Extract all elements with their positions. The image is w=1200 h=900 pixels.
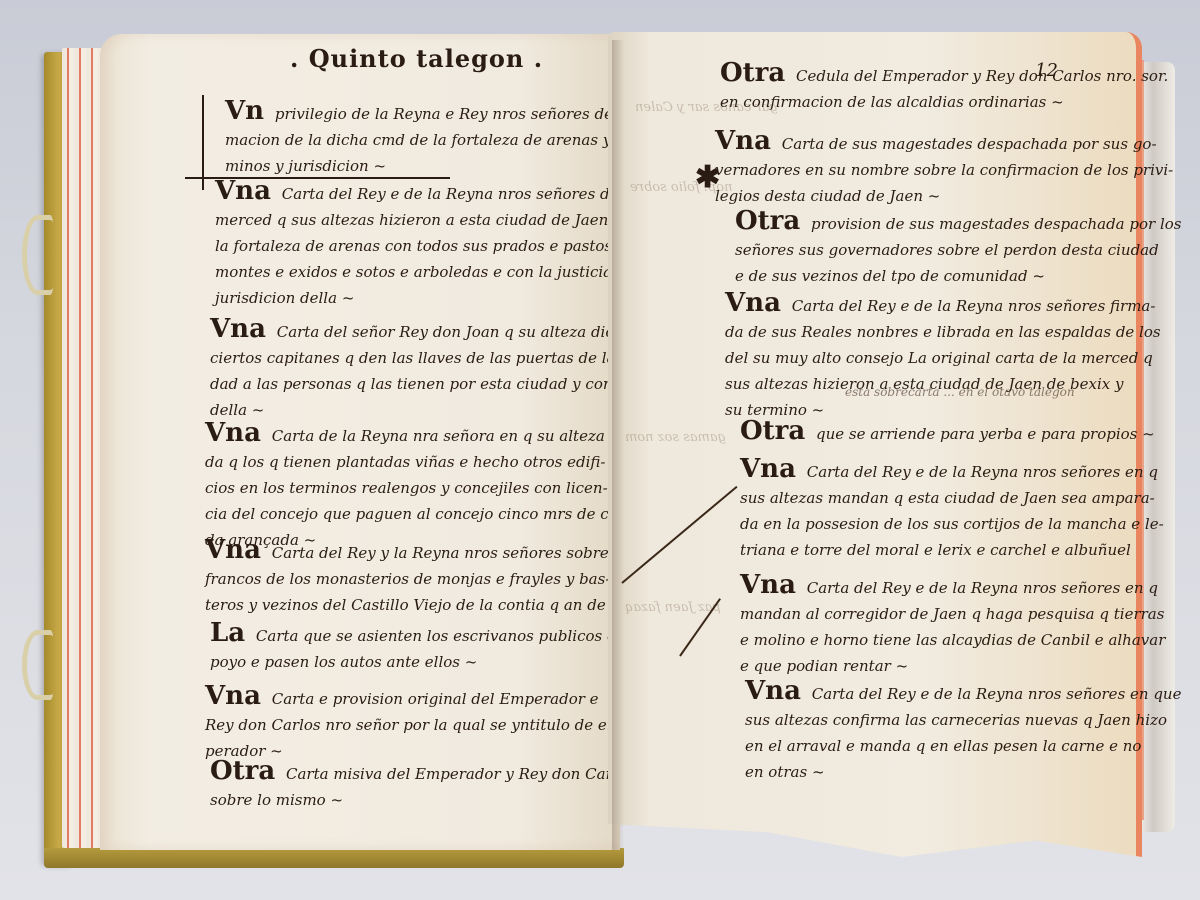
- entry-line: jurisdicion della ~: [215, 285, 637, 311]
- entry-line: provision de sus magestades despachada p…: [811, 215, 1182, 233]
- entry-line: sus altezas mandan q esta ciudad de Jaen…: [740, 485, 1164, 511]
- binding-cover-bottom: [44, 848, 624, 868]
- entry-initial: Vna: [740, 454, 796, 484]
- margin-bracket: [202, 95, 204, 190]
- entry-line: e que podian rentar ~: [740, 653, 1165, 679]
- left-entry-2: Vna Carta del Rey e de la Reyna nros señ…: [215, 178, 637, 311]
- bleed-through-text: gamas soz nom: [625, 430, 726, 445]
- entry-line: la fortaleza de arenas con todos sus pra…: [215, 233, 637, 259]
- left-entry-3: Vna Carta del señor Rey don Joan q su al…: [210, 316, 648, 423]
- entry-initial: Otra: [740, 416, 805, 446]
- entry-initial: Vna: [745, 676, 801, 706]
- entry-line: Carta del Rey e de la Reyna nros señores…: [282, 185, 637, 203]
- entry-line: sus altezas confirma las carnecerias nue…: [745, 707, 1181, 733]
- entry-line: en confirmacion de las alcaldias ordinar…: [720, 89, 1168, 115]
- entry-line: cios en los terminos realengos y conceji…: [205, 475, 647, 501]
- right-entry-8: Vna Carta del Rey e de la Reyna nros señ…: [745, 678, 1181, 785]
- entry-initial: Otra: [735, 206, 800, 236]
- entry-line: e molino e horno tiene las alcaydias de …: [740, 627, 1165, 653]
- page-heading: . Quinto talegon .: [290, 44, 543, 73]
- entry-line: Carta del señor Rey don Joan q su alteza…: [277, 323, 628, 341]
- entry-line: Carta de la Reyna nra señora en q su alt…: [272, 427, 648, 445]
- entry-initial: Vna: [740, 570, 796, 600]
- entry-line: francos de los monasterios de monjas e f…: [205, 566, 635, 592]
- right-entry-6: Vna Carta del Rey e de la Reyna nros señ…: [740, 456, 1164, 563]
- entry-line: Carta del Rey e de la Reyna nros señores…: [792, 297, 1156, 315]
- manuscript-photo: . Quinto talegon . Vn privilegio de la R…: [0, 0, 1200, 900]
- entry-line: señores sus governadores sobre el perdon…: [735, 237, 1181, 263]
- left-entry-7: Vna Carta e provision original del Emper…: [205, 683, 626, 764]
- entry-line: Carta e provision original del Emperador…: [272, 690, 599, 708]
- entry-line: dad a las personas q las tienen por esta…: [210, 371, 648, 397]
- right-entry-7: Vna Carta del Rey e de la Reyna nros señ…: [740, 572, 1165, 679]
- entry-line: montes e exidos e sotos e arboledas e co…: [215, 259, 637, 285]
- entry-initial: Vn: [225, 96, 264, 126]
- entry-line: triana e torre del moral e lerix e carch…: [740, 537, 1164, 563]
- entry-line: Carta que se asienten los escrivanos pub…: [256, 627, 644, 645]
- right-entry-3: Otra provision de sus magestades despach…: [735, 208, 1181, 289]
- entry-initial: Vna: [210, 314, 266, 344]
- entry-line: que se arriende para yerba e para propio…: [816, 425, 1155, 443]
- bleed-through-text: paz Jaen fazaq: [625, 600, 721, 615]
- entry-initial: Vna: [715, 126, 771, 156]
- left-entry-5: Vna Carta del Rey y la Reyna nros señore…: [205, 537, 635, 618]
- entry-line: poyo e pasen los autos ante ellos ~: [210, 649, 644, 675]
- entry-line: da q los q tienen plantadas viñas e hech…: [205, 449, 647, 475]
- entry-line: en otras ~: [745, 759, 1181, 785]
- entry-initial: La: [210, 618, 245, 648]
- left-entry-6: La Carta que se asienten los escrivanos …: [210, 620, 644, 675]
- entry-line: Carta del Rey e de la Reyna nros señores…: [807, 579, 1158, 597]
- entry-line: mandan al corregidor de Jaen q haga pesq…: [740, 601, 1165, 627]
- right-entry-4: Vna Carta del Rey e de la Reyna nros señ…: [725, 290, 1161, 423]
- entry-initial: Vna: [205, 418, 261, 448]
- right-entry-1: Otra Cedula del Emperador y Rey don Carl…: [720, 60, 1168, 115]
- entry-line: Carta del Rey e de la Reyna nros señores…: [812, 685, 1182, 703]
- entry-line: Carta del Rey e de la Reyna nros señores…: [807, 463, 1158, 481]
- entry-initial: Otra: [720, 58, 785, 88]
- entry-line: merced q sus altezas hizieron a esta ciu…: [215, 207, 637, 233]
- binding-tie-bottom: [22, 630, 53, 700]
- entry-initial: Otra: [210, 756, 275, 786]
- entry-initial: Vna: [215, 176, 271, 206]
- entry-line: en el arraval e manda q en ellas pesen l…: [745, 733, 1181, 759]
- right-entry-5: Otra que se arriende para yerba e para p…: [740, 418, 1155, 447]
- entry-initial: Vna: [205, 535, 261, 565]
- binding-tie-top: [22, 215, 53, 295]
- entry-line: teros y vezinos del Castillo Viejo de la…: [205, 592, 635, 618]
- entry-line: cia del concejo que paguen al concejo ci…: [205, 501, 647, 527]
- entry-initial: Vna: [205, 681, 261, 711]
- entry-initial: Vna: [725, 288, 781, 318]
- entry-line: ciertos capitanes q den las llaves de la…: [210, 345, 648, 371]
- book-gutter: [612, 40, 624, 850]
- marginal-note: esta sobrecarta ... en el otavo talegon: [845, 385, 1075, 399]
- entry-line: del su muy alto consejo La original cart…: [725, 345, 1161, 371]
- entry-line: Carta de sus magestades despachada por s…: [782, 135, 1157, 153]
- entry-line: da en la possesion de los sus cortijos d…: [740, 511, 1164, 537]
- entry-line: Carta del Rey y la Reyna nros señores so…: [272, 544, 635, 562]
- entry-line: e de sus vezinos del tpo de comunidad ~: [735, 263, 1181, 289]
- entry-line: Rey don Carlos nro señor por la qual se …: [205, 712, 626, 738]
- entry-line: vernadores en su nombre sobre la confirm…: [715, 157, 1173, 183]
- left-entry-4: Vna Carta de la Reyna nra señora en q su…: [205, 420, 647, 553]
- entry-line: Cedula del Emperador y Rey don Carlos nr…: [796, 67, 1168, 85]
- entry-line: da de sus Reales nonbres e librada en la…: [725, 319, 1161, 345]
- right-entry-2: Vna Carta de sus magestades despachada p…: [715, 128, 1173, 209]
